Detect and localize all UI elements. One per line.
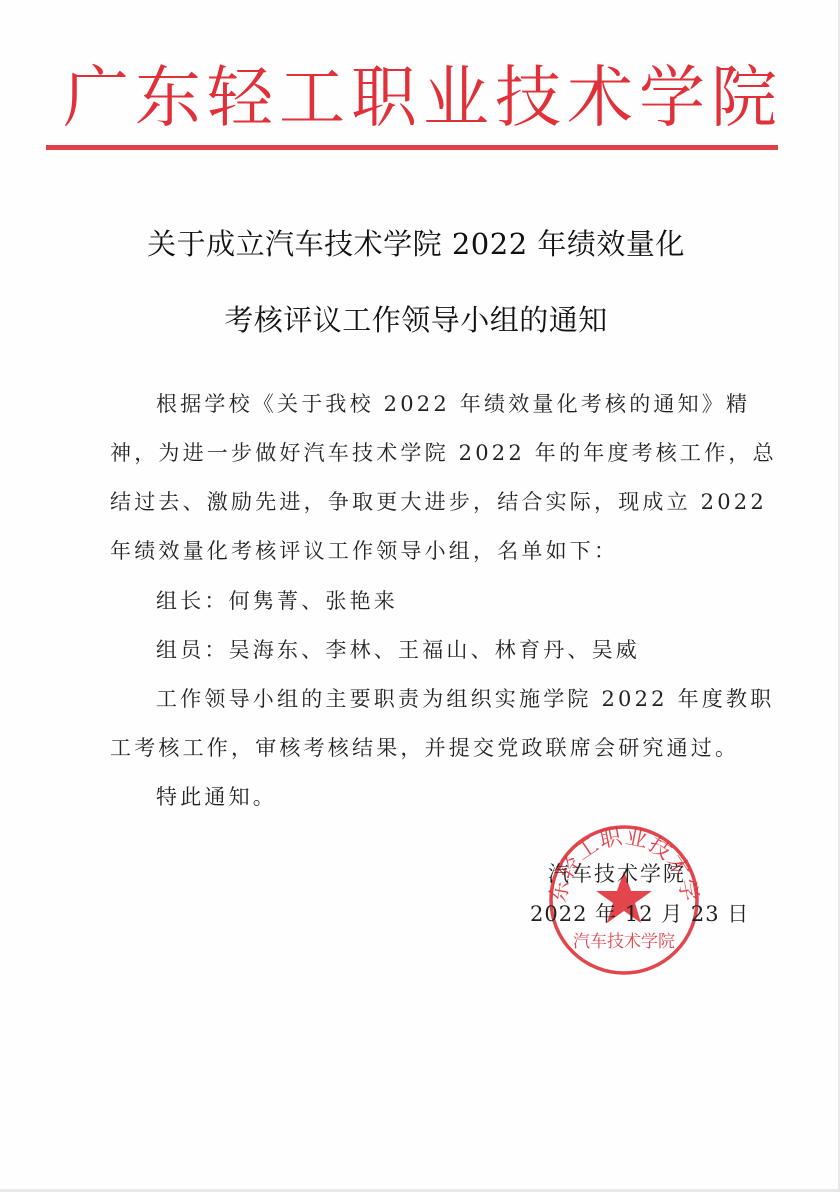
letterhead-title: 广 东 轻 工 职 业 技 术 学 院 bbox=[60, 57, 780, 139]
letterhead-char: 轻 bbox=[204, 57, 276, 139]
closing-line: 特此通知。 bbox=[156, 773, 277, 822]
letterhead-divider bbox=[46, 145, 778, 150]
letterhead-char: 工 bbox=[276, 57, 348, 139]
paragraph-1-line-1: 根据学校《关于我校 2022 年绩效量化考核的通知》精 bbox=[156, 380, 750, 429]
paragraph-1-line-2: 神，为进一步做好汽车技术学院 2022 年的年度考核工作，总 bbox=[110, 429, 777, 478]
stamp-inner-text: 汽车技术学院 bbox=[573, 932, 675, 952]
letterhead-char: 技 bbox=[492, 57, 564, 139]
signature-date: 2022 年 12 月 23 日 bbox=[530, 898, 749, 928]
letterhead-char: 职 bbox=[348, 57, 420, 139]
letterhead-char: 学 bbox=[636, 57, 708, 139]
letterhead-char: 业 bbox=[420, 57, 492, 139]
document-title-line-2: 考核评议工作领导小组的通知 bbox=[0, 298, 836, 339]
paragraph-1-line-3: 结过去、激励先进，争取更大进步，结合实际，现成立 2022 bbox=[110, 478, 767, 527]
members-line: 组员：吴海东、李林、王福山、林育丹、吴威 bbox=[156, 626, 640, 675]
letterhead-char: 术 bbox=[564, 57, 636, 139]
paragraph-2-line-2: 工考核工作，审核考核结果，并提交党政联席会研究通过。 bbox=[110, 724, 739, 773]
signature-org: 汽车技术学院 bbox=[548, 858, 686, 888]
letterhead-char: 院 bbox=[708, 57, 780, 139]
letterhead-char: 广 bbox=[60, 57, 132, 139]
paragraph-1-line-4: 年绩效量化考核评议工作领导小组，名单如下： bbox=[110, 527, 618, 576]
document-page: 广 东 轻 工 职 业 技 术 学 院 关于成立汽车技术学院 2022 年绩效量… bbox=[0, 0, 838, 1189]
paragraph-2-line-1: 工作领导小组的主要职责为组织实施学院 2022 年度教职 bbox=[156, 675, 774, 724]
letterhead-char: 东 bbox=[132, 57, 204, 139]
document-title-line-1: 关于成立汽车技术学院 2022 年绩效量化 bbox=[0, 222, 836, 263]
leaders-line: 组长：何隽菁、张艳来 bbox=[156, 577, 398, 626]
